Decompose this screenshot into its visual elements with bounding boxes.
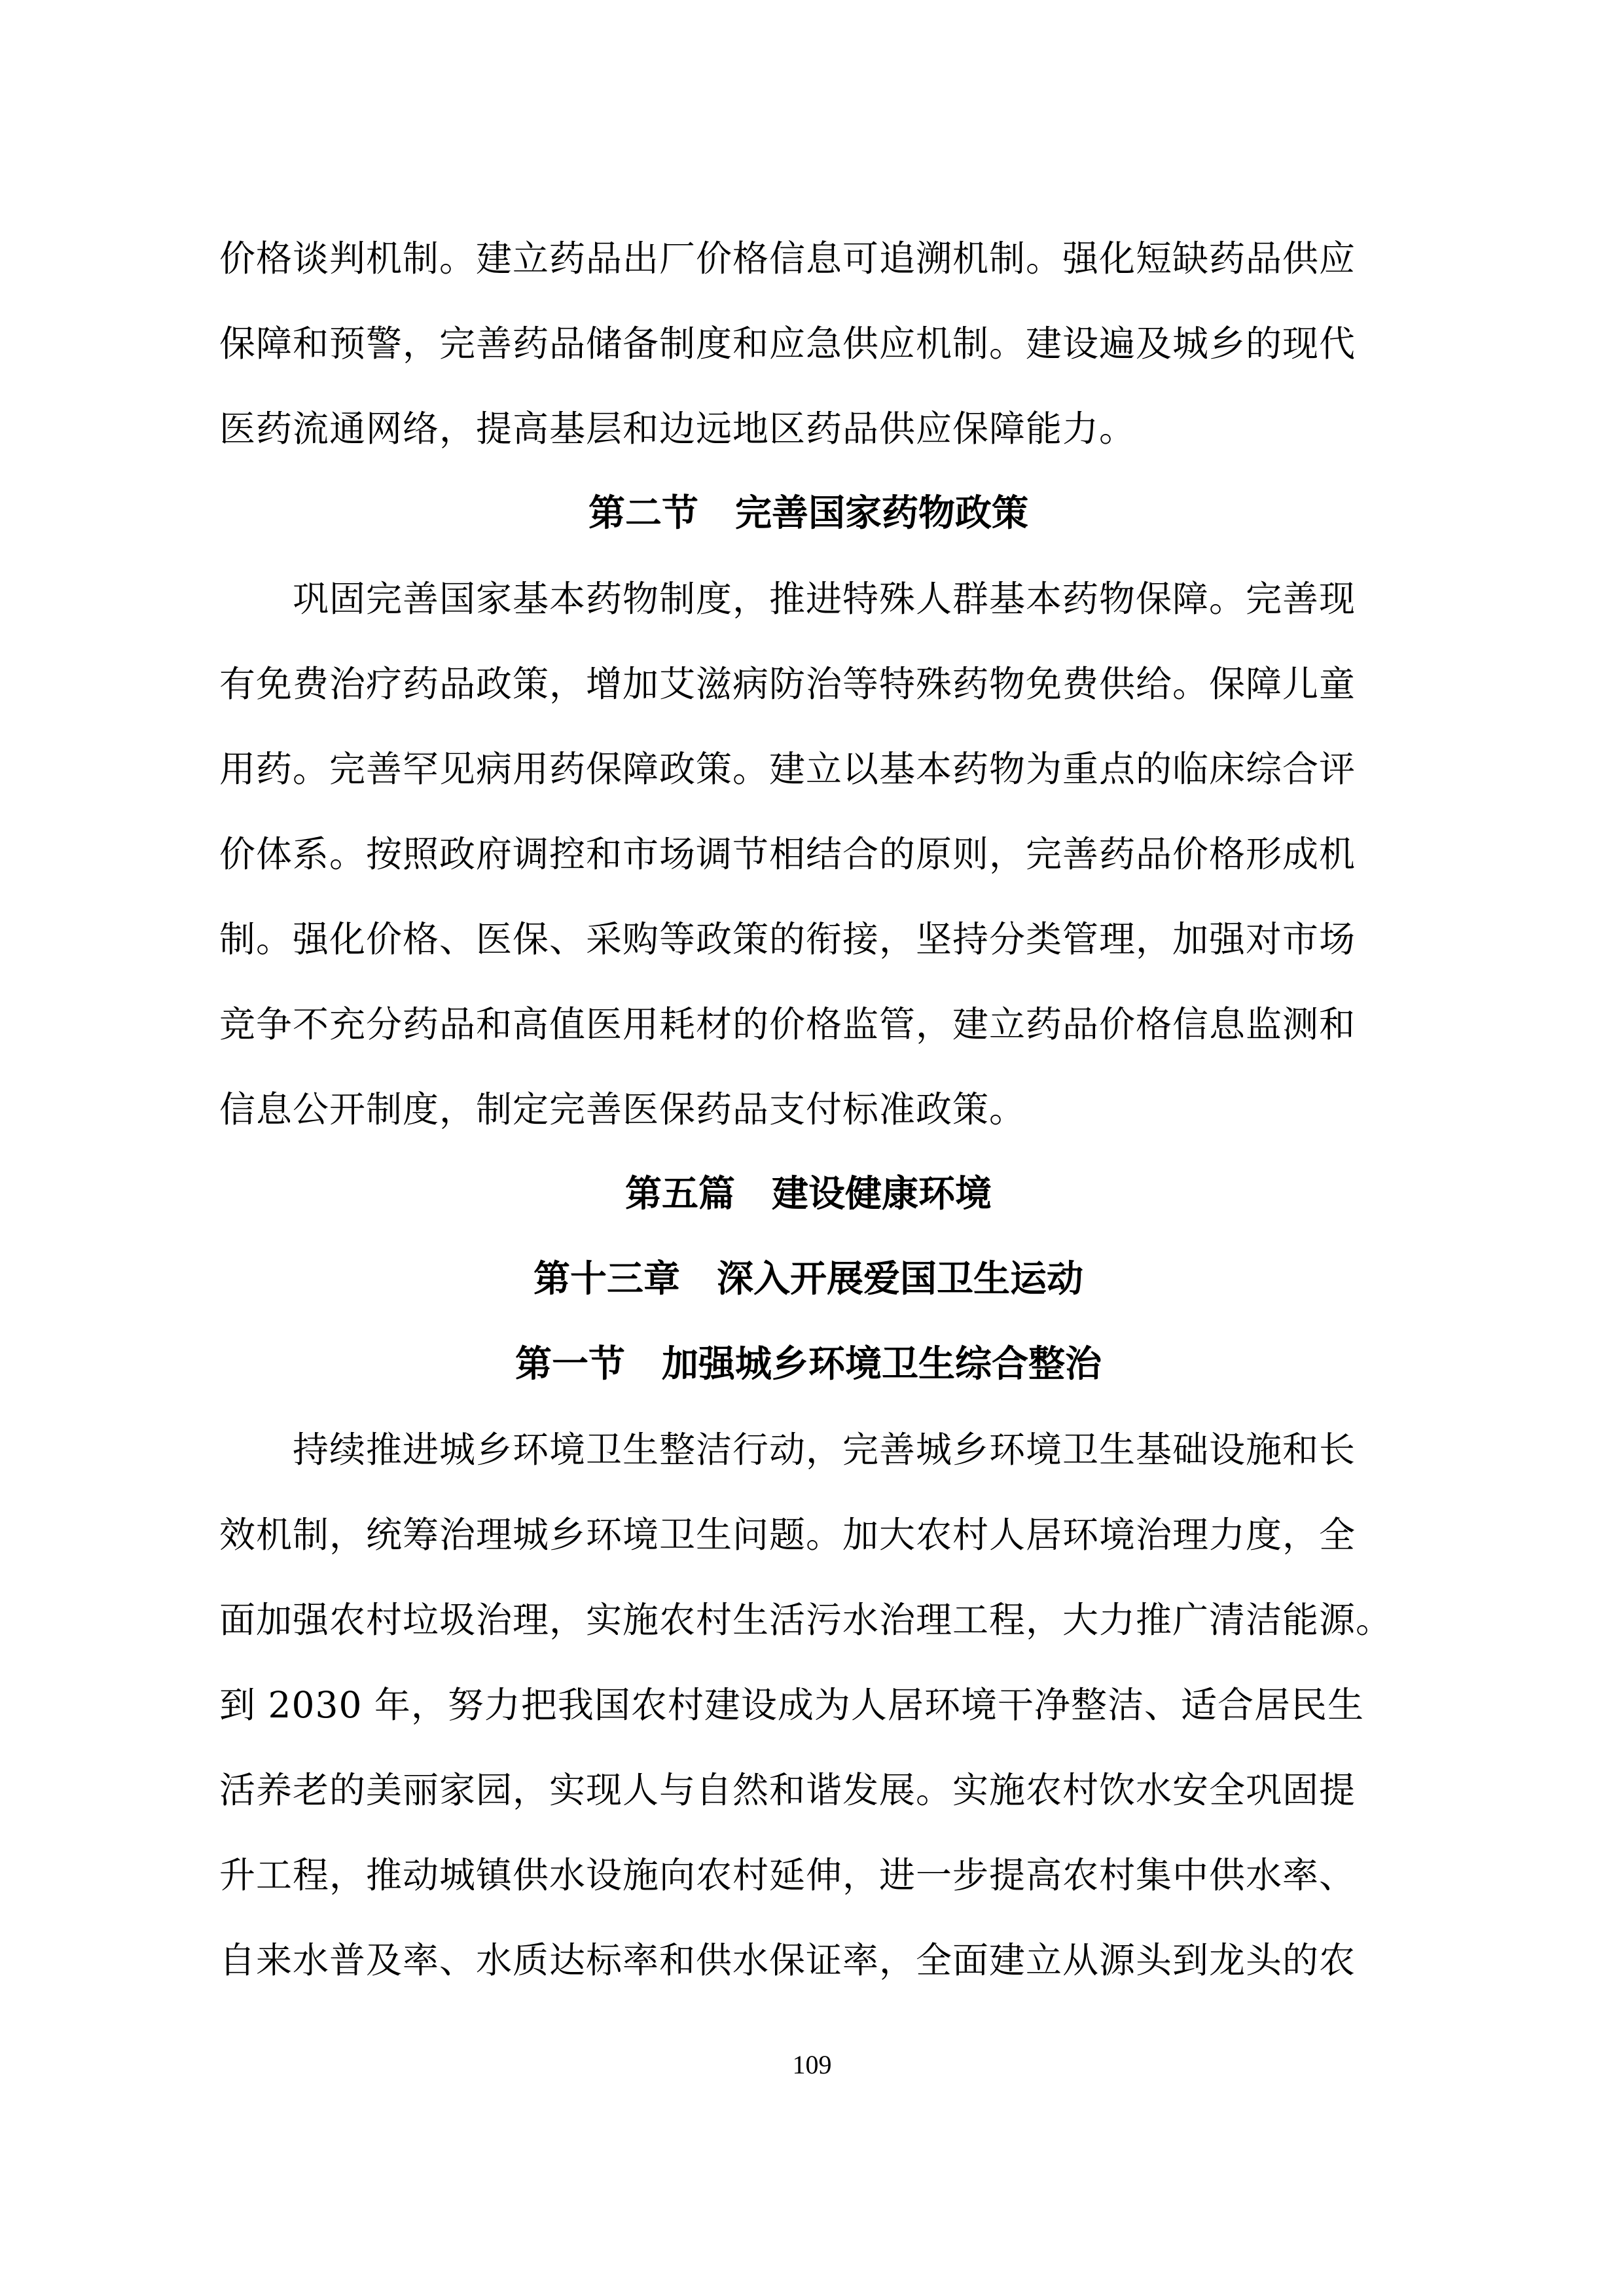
body-text-line: 升工程，推动城镇供水设施向农村延伸，进一步提高农村集中供水率、 — [219, 1849, 1398, 1901]
section-heading: 第一节 加强城乡环境卫生综合整治 — [219, 1338, 1398, 1391]
body-text-line: 活养老的美丽家园，实现人与自然和谐发展。实施农村饮水安全巩固提 — [219, 1764, 1398, 1816]
part-heading: 第五篇 建设健康环境 — [219, 1168, 1398, 1221]
body-text-line: 保障和预警，完善药品储备制度和应急供应机制。建设遍及城乡的现代 — [219, 317, 1398, 370]
body-text-line: 价格谈判机制。建立药品出厂价格信息可追溯机制。强化短缺药品供应 — [219, 232, 1398, 285]
body-text-line: 到 2030 年，努力把我国农村建设成为人居环境干净整洁、适合居民生 — [219, 1679, 1398, 1731]
body-text-line: 自来水普及率、水质达标率和供水保证率，全面建立从源头到龙头的农 — [219, 1934, 1398, 1986]
body-text-line: 用药。完善罕见病用药保障政策。建立以基本药物为重点的临床综合评 — [219, 743, 1398, 795]
body-text-line: 效机制，统筹治理城乡环境卫生问题。加大农村人居环境治理力度，全 — [219, 1509, 1398, 1561]
page-number: 109 — [0, 2049, 1624, 2081]
body-text-line: 巩固完善国家基本药物制度，推进特殊人群基本药物保障。完善现 — [219, 573, 1398, 625]
body-text-line: 面加强农村垃圾治理，实施农村生活污水治理工程，大力推广清洁能源。 — [219, 1594, 1398, 1646]
body-text-line: 有免费治疗药品政策，增加艾滋病防治等特殊药物免费供给。保障儿童 — [219, 658, 1398, 710]
section-heading: 第二节 完善国家药物政策 — [219, 488, 1398, 540]
body-text-line: 价体系。按照政府调控和市场调节相结合的原则，完善药品价格形成机 — [219, 828, 1398, 880]
chapter-heading: 第十三章 深入开展爱国卫生运动 — [219, 1253, 1398, 1306]
body-text-line: 制。强化价格、医保、采购等政策的衔接，坚持分类管理，加强对市场 — [219, 913, 1398, 965]
body-text-line: 持续推进城乡环境卫生整洁行动，完善城乡环境卫生基础设施和长 — [219, 1424, 1398, 1476]
body-text-line: 医药流通网络，提高基层和边远地区药品供应保障能力。 — [219, 403, 1398, 455]
body-text-line: 竞争不充分药品和高值医用耗材的价格监管，建立药品价格信息监测和 — [219, 998, 1398, 1050]
body-text-line: 信息公开制度，制定完善医保药品支付标准政策。 — [219, 1083, 1398, 1136]
